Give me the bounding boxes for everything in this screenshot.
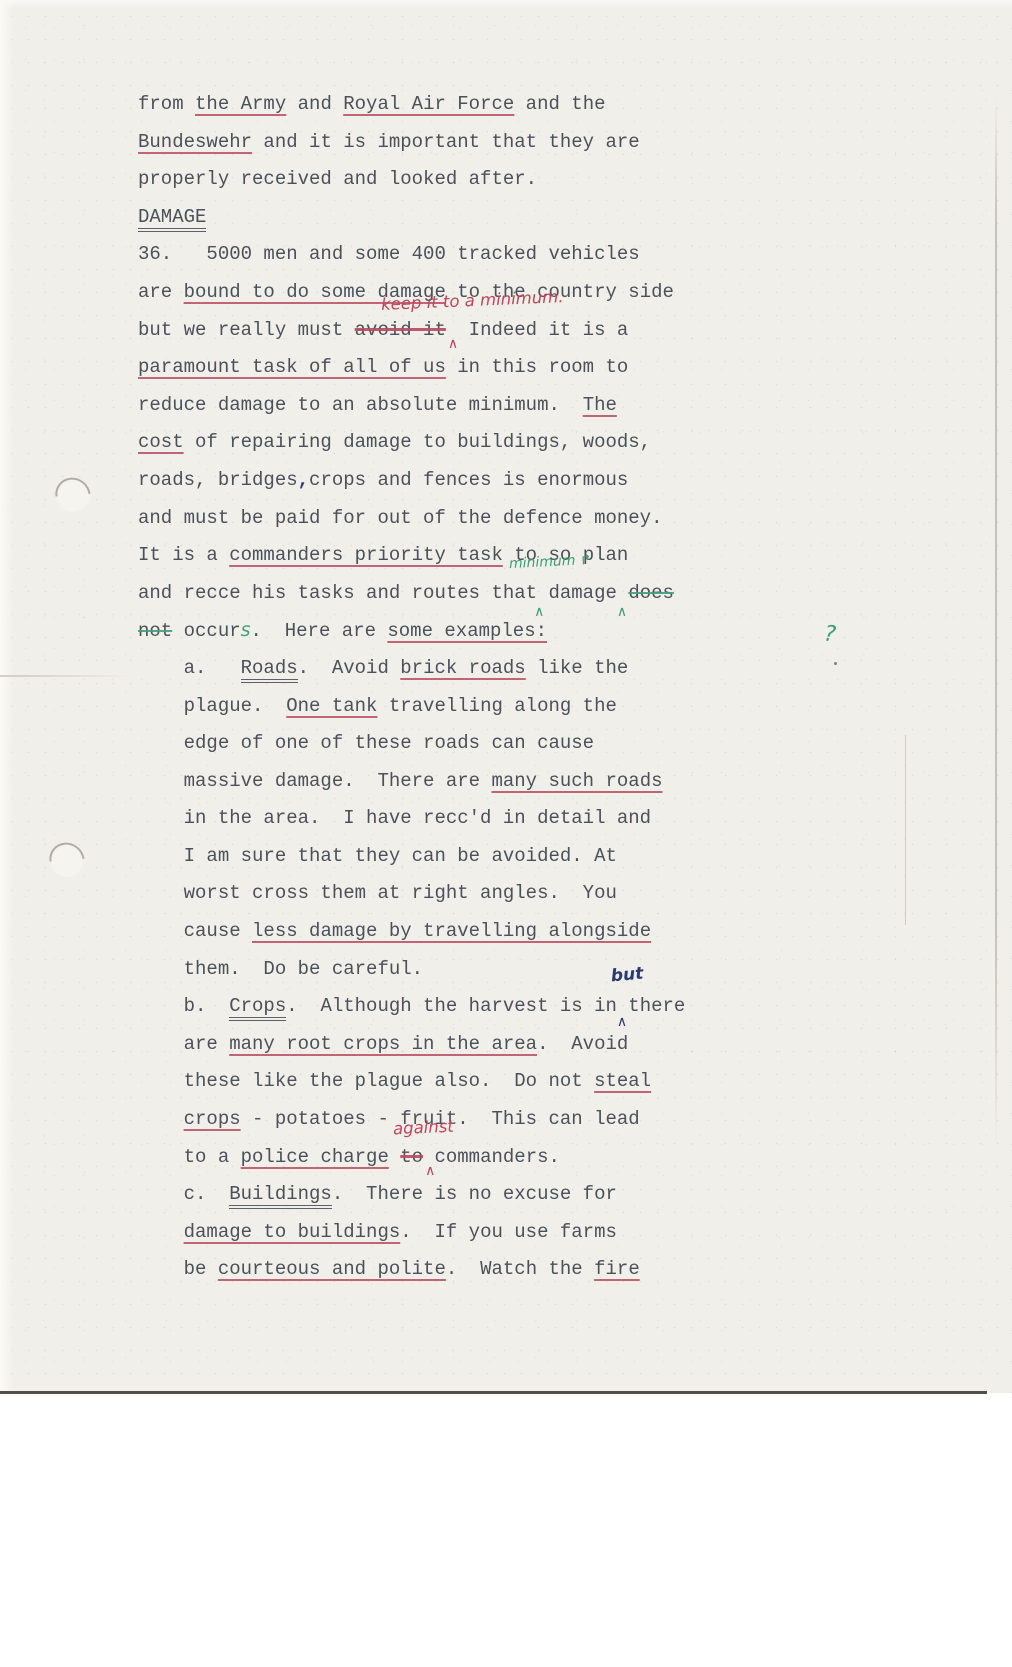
document-line: damage to buildings. If you use farms: [138, 1214, 898, 1252]
text-segment: worst cross them at right angles. You: [138, 882, 617, 904]
paper-top-edge: [0, 0, 1012, 9]
text-segment: police charge: [241, 1146, 389, 1168]
text-segment: not: [138, 620, 172, 642]
text-segment: 36. 5000 men and some 400 tracked vehicl…: [138, 243, 640, 265]
text-segment: . Avoid: [298, 657, 401, 679]
text-segment: to: [400, 1146, 423, 1168]
text-segment: . Although the harvest is in: [286, 995, 617, 1017]
scanned-document-page: { "page": { "paper_color": "#f1efe9", "i…: [0, 0, 1012, 1667]
document-line: plague. One tank travelling along the: [138, 688, 898, 726]
handwritten-insertion: against: [392, 1108, 454, 1148]
text-segment: crops: [184, 1108, 241, 1130]
handwritten-insertion: keep it to a minimum.: [380, 278, 564, 324]
text-segment: and the: [514, 93, 605, 115]
document-body: from the Army and Royal Air Force and th…: [138, 86, 898, 1289]
document-line: these like the plague also. Do not steal: [138, 1063, 898, 1101]
text-segment: [138, 1108, 184, 1130]
document-line: DAMAGE: [138, 199, 898, 237]
text-segment: damage: [537, 582, 617, 604]
text-segment: does: [628, 582, 674, 604]
document-line: edge of one of these roads can cause: [138, 725, 898, 763]
paper-sheet: from the Army and Royal Air Force and th…: [0, 0, 1012, 1393]
text-segment: . Watch the: [446, 1258, 594, 1280]
document-line: are many root crops in the area. Avoid: [138, 1026, 898, 1064]
text-segment: are: [138, 281, 184, 303]
text-segment: crops and fences is enormous: [309, 469, 628, 491]
text-segment: these like the plague also. Do not: [138, 1070, 594, 1092]
text-segment: Crops: [229, 995, 286, 1021]
document-line: I am sure that they can be avoided. At: [138, 838, 898, 876]
text-segment: there: [617, 995, 685, 1017]
text-segment: and it is important that they are: [252, 131, 640, 153]
text-segment: [389, 1146, 400, 1168]
text-segment: plague.: [138, 695, 286, 717]
text-segment: massive damage. There are: [138, 770, 491, 792]
document-line: from the Army and Royal Air Force and th…: [138, 86, 898, 124]
text-segment: commanders.: [423, 1146, 560, 1168]
document-line: not occurs. Here are some examples:: [138, 612, 898, 650]
text-segment: and: [286, 93, 343, 115]
text-segment: steal: [594, 1070, 651, 1092]
document-line: paramount task of all of us in this room…: [138, 349, 898, 387]
hole-punch: [55, 478, 91, 512]
text-segment: Bundeswehr: [138, 131, 252, 153]
document-line: cause less damage by travelling alongsid…: [138, 913, 898, 951]
document-line: 36. 5000 men and some 400 tracked vehicl…: [138, 236, 898, 274]
text-segment: many root crops in the area: [229, 1033, 537, 1055]
hole-punch: [49, 843, 85, 877]
text-segment: commanders priority task: [229, 544, 503, 566]
document-line: and recce his tasks and routes thatminim…: [138, 575, 898, 613]
text-segment: . There is no excuse for: [332, 1183, 617, 1205]
text-segment: DAMAGE: [138, 206, 206, 232]
handwritten-insertion: minimum ↱: [508, 542, 592, 584]
document-line: c. Buildings. There is no excuse for: [138, 1176, 898, 1214]
text-segment: in the area. I have recc'd in detail and: [138, 807, 651, 829]
paper-fold-line: [905, 735, 906, 925]
paper-crease: [0, 675, 132, 677]
text-segment: b.: [138, 995, 229, 1017]
text-segment: . Avoid: [537, 1033, 628, 1055]
text-segment: properly received and looked after.: [138, 168, 537, 190]
text-segment: roads, bridges: [138, 469, 298, 491]
text-segment: It is a: [138, 544, 229, 566]
text-segment: I am sure that they can be avoided. At: [138, 845, 617, 867]
document-line: and must be paid for out of the defence …: [138, 500, 898, 538]
text-segment: ,: [298, 469, 309, 491]
text-segment: to a: [138, 1146, 241, 1168]
text-segment: One tank: [286, 695, 377, 717]
document-line: be courteous and polite. Watch the fire: [138, 1251, 898, 1289]
text-segment: c.: [138, 1183, 229, 1205]
text-segment: be: [138, 1258, 218, 1280]
text-segment: Indeed it is a: [446, 319, 628, 341]
text-segment: Royal Air Force: [343, 93, 514, 115]
document-line: reduce damage to an absolute minimum. Th…: [138, 387, 898, 425]
text-segment: s: [241, 619, 251, 641]
document-line: properly received and looked after.: [138, 161, 898, 199]
document-line: massive damage. There are many such road…: [138, 763, 898, 801]
text-segment: like the: [526, 657, 629, 679]
text-segment: edge of one of these roads can cause: [138, 732, 594, 754]
text-segment: and must be paid for out of the defence …: [138, 507, 663, 529]
document-line: cost of repairing damage to buildings, w…: [138, 424, 898, 462]
document-line: worst cross them at right angles. You: [138, 875, 898, 913]
text-segment: Roads: [241, 657, 298, 683]
text-segment: travelling along the: [377, 695, 616, 717]
text-segment: courteous and polite: [218, 1258, 446, 1280]
document-line: crops - potatoes - fruit. This can lead: [138, 1101, 898, 1139]
text-segment: cause: [138, 920, 252, 942]
document-line: roads, bridges,crops and fences is enorm…: [138, 462, 898, 500]
document-line: to a police charge toagainst∧ commanders…: [138, 1139, 898, 1177]
text-segment: some examples:: [387, 620, 547, 642]
handwritten-insertion: but: [609, 955, 645, 995]
text-segment: brick roads: [400, 657, 525, 679]
text-segment: Buildings: [229, 1183, 332, 1209]
text-segment: and recce his tasks and routes that: [138, 582, 537, 604]
text-segment: The: [583, 394, 617, 416]
document-line: but we really must avoid itkeep it to a …: [138, 312, 898, 350]
text-segment: many such roads: [491, 770, 662, 792]
text-segment: cost: [138, 431, 184, 453]
document-line: b. Crops. Although the harvest is inbut∧…: [138, 988, 898, 1026]
text-segment: reduce damage to an absolute minimum.: [138, 394, 583, 416]
text-segment: but we really must: [138, 319, 355, 341]
paper-right-edge-line: [995, 95, 997, 1150]
text-segment: from: [138, 93, 195, 115]
document-line: Bundeswehr and it is important that they…: [138, 124, 898, 162]
text-segment: fire: [594, 1258, 640, 1280]
text-segment: them. Do be careful.: [138, 958, 423, 980]
document-line: in the area. I have recc'd in detail and: [138, 800, 898, 838]
text-segment: in this room to: [446, 356, 628, 378]
text-segment: . Here are: [251, 620, 388, 642]
text-segment: paramount task of all of us: [138, 356, 446, 378]
text-segment: a.: [138, 657, 241, 679]
text-segment: . If you use farms: [400, 1221, 617, 1243]
text-segment: occur: [172, 620, 240, 642]
text-segment: the Army: [195, 93, 286, 115]
text-segment: less damage by travelling alongside: [252, 920, 651, 942]
document-line: them. Do be careful.: [138, 951, 898, 989]
paper-left-edge: [0, 0, 14, 1393]
margin-question-dot: [834, 662, 837, 665]
text-segment: of repairing damage to buildings, woods,: [184, 431, 651, 453]
text-segment: [138, 1221, 184, 1243]
margin-question-mark: ?: [823, 621, 837, 647]
text-segment: are: [138, 1033, 229, 1055]
text-segment: damage to buildings: [184, 1221, 401, 1243]
document-line: a. Roads. Avoid brick roads like the: [138, 650, 898, 688]
text-segment: [617, 582, 628, 604]
page-bottom-edge: [0, 1391, 987, 1394]
